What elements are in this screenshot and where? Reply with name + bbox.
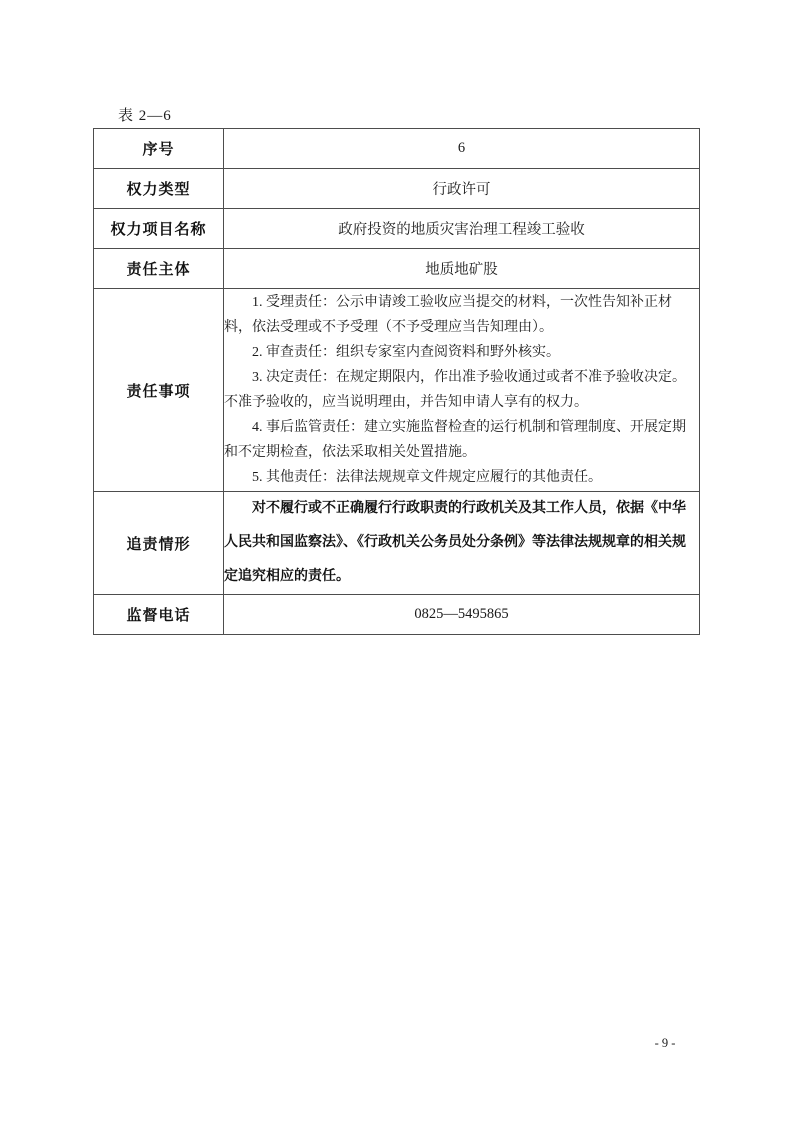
row-value: 6 [224,129,700,169]
accountability-cell: 对不履行或不正确履行行政职责的行政机关及其工作人员，依据《中华人民共和国监察法》… [224,492,700,595]
responsibility-item: 2. 审查责任：组织专家室内查阅资料和野外核实。 [224,340,699,365]
responsibility-item: 1. 受理责任：公示申请竣工验收应当提交的材料，一次性告知补正材料，依法受理或不… [224,290,699,340]
table-row-power-item-name: 权力项目名称 政府投资的地质灾害治理工程竣工验收 [94,209,700,249]
row-label: 监督电话 [94,595,224,635]
table-row-power-type: 权力类型 行政许可 [94,169,700,209]
row-value: 地质地矿股 [224,249,700,289]
duty-table: 序号 6 权力类型 行政许可 权力项目名称 政府投资的地质灾害治理工程竣工验收 … [93,128,700,635]
accountability-text: 对不履行或不正确履行行政职责的行政机关及其工作人员，依据《中华人民共和国监察法》… [224,492,699,594]
row-label: 权力类型 [94,169,224,209]
row-value: 政府投资的地质灾害治理工程竣工验收 [224,209,700,249]
row-value: 行政许可 [224,169,700,209]
row-label: 责任主体 [94,249,224,289]
table-row-supervision-phone: 监督电话 0825—5495865 [94,595,700,635]
table-row-accountability: 追责情形 对不履行或不正确履行行政职责的行政机关及其工作人员，依据《中华人民共和… [94,492,700,595]
responsibility-items-cell: 1. 受理责任：公示申请竣工验收应当提交的材料，一次性告知补正材料，依法受理或不… [224,289,700,492]
responsibility-item: 5. 其他责任：法律法规规章文件规定应履行的其他责任。 [224,465,699,490]
page-number: - 9 - [630,1036,700,1051]
row-label: 责任事项 [94,289,224,492]
responsibility-item: 3. 决定责任：在规定期限内，作出准予验收通过或者不准予验收决定。不准予验收的，… [224,365,699,415]
row-label: 追责情形 [94,492,224,595]
row-label: 序号 [94,129,224,169]
supervision-phone-number: 0825—5495865 [224,595,700,635]
table-row-responsible-body: 责任主体 地质地矿股 [94,249,700,289]
responsibility-item: 4. 事后监管责任：建立实施监督检查的运行机制和管理制度、开展定期和不定期检查，… [224,415,699,465]
table-row-responsibility-items: 责任事项 1. 受理责任：公示申请竣工验收应当提交的材料，一次性告知补正材料，依… [94,289,700,492]
document-page: 表 2—6 序号 6 权力类型 行政许可 权力项目名称 政府投资的地质灾害治理工… [0,0,793,1122]
table-row-serial-number: 序号 6 [94,129,700,169]
row-label: 权力项目名称 [94,209,224,249]
table-caption: 表 2—6 [118,104,172,125]
